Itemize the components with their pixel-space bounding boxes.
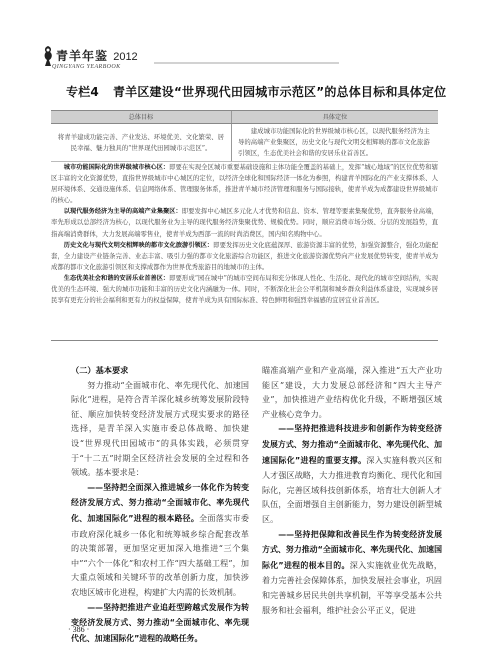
column-header-positioning: 具体定位 [232,111,439,124]
box-title: 专栏4青羊区建设“世界现代田园城市示范区”的总体目标和具体定位 [66,83,466,100]
requirement-text: 瞄准高端产业和产业高端，深入推进“五大产业功能区”建设，大力发展总部经济和“四大… [262,365,442,419]
paragraph-heading: 城市功能国际化的世界级城市核心区： [64,164,169,171]
section-intro: 努力推动“全面城市化、率先现代化、加速国际化”进程，是符合青羊深化城乡统筹发展阶… [71,378,249,480]
paragraph-heading: 历史文化与现代文明交相辉映的都市文化旅游引领区： [64,242,213,249]
section-heading: （二）基本要求 [71,363,249,378]
box-paragraph: 以现代服务经济为主导的高端产业集聚区：即要发挥中心城区多元化人才优势和信息、资本… [51,206,438,239]
yearbook-year: 2012 [113,51,137,63]
requirement-item: ——坚持把推进科技进步和创新作为转变经济发展方式、努力推动“全面城市化、率先现代… [262,421,442,526]
requirement-text: 全面落实市委市政府深化城乡一体化和统筹城乡综合配套改革的决策部署，更加坚定更加深… [71,513,249,597]
left-column: （二）基本要求 努力推动“全面城市化、率先现代化、加速国际化”进程，是符合青羊深… [71,363,249,646]
requirement-continuation: 瞄准高端产业和产业高端，深入推进“五大产业功能区”建设，大力发展总部经济和“四大… [262,363,442,421]
box-title-text: 青羊区建设“世界现代田园城市示范区”的总体目标和具体定位 [113,85,446,99]
yearbook-name: 青羊年鉴 [56,49,108,63]
requirement-bold: ——坚持把推进产业追赶型跨越式发展作为转变经济发展方式、努力推动“全面城市化、率… [71,603,249,643]
right-column: 瞄准高端产业和产业高端，深入推进“五大产业功能区”建设，大力发展总部经济和“四大… [262,363,442,617]
page-number: · 386 · [68,625,89,634]
requirement-item: ——坚持把推进产业追赶型跨越式发展作为转变经济发展方式、努力推动“全面城市化、率… [71,600,249,647]
yearbook-title: 青羊年鉴 2012 [56,47,138,64]
table-row: 将青羊建成功能完善、产业发达、环境优美、文化繁荣、居民幸福、魅力独具的“世界现代… [51,124,438,162]
box-body: 城市功能国际化的世界级城市核心区：即要在实现全区城市重要基础设施和主体功能全覆盖… [51,162,438,306]
yearbook-subtitle: QINGYANG YEARBOOK [52,64,121,70]
goal-cell: 将青羊建成功能完善、产业发达、环境优美、文化繁荣、居民幸福、魅力独具的“世界现代… [51,124,232,162]
box-paragraph: 城市功能国际化的世界级城市核心区：即要在实现全区城市重要基础设施和主体功能全覆盖… [51,162,438,206]
goals-table: 总体目标 具体定位 将青羊建成功能完善、产业发达、环境优美、文化繁荣、居民幸福、… [51,110,438,162]
paragraph-heading: 以现代服务经济为主导的高端产业集聚区： [64,208,182,215]
box-number: 专栏4 [66,85,99,99]
box-paragraph: 历史文化与现代文明交相辉映的都市文化旅游引领区：即要发挥历史文化底蕴深厚、旅游资… [51,240,438,273]
requirement-item: ——坚持把全面深入推进城乡一体化作为转变经济发展方式、努力推动“全面城市化、率先… [71,480,249,600]
positioning-text: 建成城市功能国际化的世界级城市核心区，以现代服务经济为主导的高端产业集聚区，历史… [238,126,432,159]
positioning-cell: 建成城市功能国际化的世界级城市核心区，以现代服务经济为主导的高端产业集聚区，历史… [232,124,439,162]
box-bottom-rule [51,340,438,341]
box-paragraph: 生态优美社会和谐的安居乐业首善区：即要形成“园在城中”的城市空间布局和充分体现人… [51,273,438,306]
table-header-row: 总体目标 具体定位 [51,111,438,124]
column-header-goal: 总体目标 [51,111,232,124]
paragraph-heading: 生态优美社会和谐的安居乐业首善区： [64,275,169,282]
page-header: 青羊年鉴 2012 QINGYANG YEARBOOK [42,45,462,75]
header-rule [154,62,339,64]
requirement-item: ——坚持把保障和改善民生作为转变经济发展方式、努力推动“全面城市化、率先现代化、… [262,527,442,618]
